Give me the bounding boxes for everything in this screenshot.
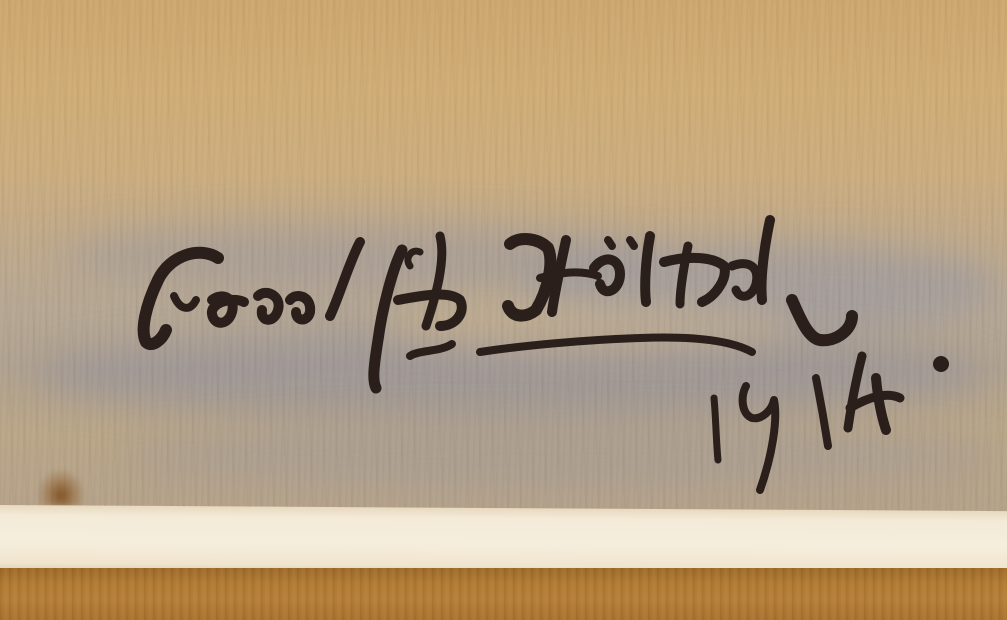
signature-ink [0,0,1007,512]
painting-signature-photo: Adolf Hölzel 1914 [0,0,1007,620]
painted-surface: Adolf Hölzel 1914 [0,0,1007,512]
wooden-frame-edge [0,568,1007,620]
